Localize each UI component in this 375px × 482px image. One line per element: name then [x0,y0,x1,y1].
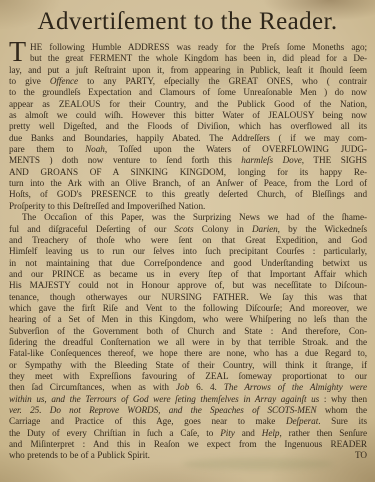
text-line: Hoſts, of GOD's PRESENCE to this greatly… [9,189,367,200]
text-segment: HE following Humble ADDRESS was ready fo… [30,42,367,52]
text-segment: and [235,428,262,438]
text-line: Fatal-like Conſequences thereof, we hope… [9,348,367,359]
text-segment: and our PRINCE as became us in every ſte… [9,269,367,279]
text-segment: due Banks and Boundaries, happily Abated… [9,133,367,143]
italic-text: Pity [220,428,235,438]
text-line: pare them to Noah, Toſſed upon the Water… [9,144,367,155]
text-segment: , THE SIGHS [302,155,367,165]
text-segment: or Sympathy with the Bleeding State of t… [9,360,367,370]
text-segment: Proſperity to this Deſtreſſed and Impove… [9,201,205,211]
italic-text: within us, and the Terrours of God were … [9,394,319,404]
text-segment: appear as ZEALOUS for their Country, and… [9,99,367,109]
text-line: AND GROANS OF A SINKING KINGDOM, longing… [9,167,367,178]
text-segment: , by the Wickedneſs [278,224,367,234]
text-segment: in not maintaining that due Correſponden… [9,258,367,268]
text-line: His MAJESTY could not in Honour approve … [9,280,367,291]
text-segment: The Occaſion of this Paper, was the Surp… [22,212,367,222]
text-line: ver. 25. Do not Reprove WORDS, and the S… [9,405,367,416]
text-segment: to give [9,76,50,86]
text-line: Subverſion of the Government both of Chu… [9,326,367,337]
text-segment: His MAJESTY could not in Honour approve … [9,280,367,290]
text-line: or Sympathy with the Bleeding State of t… [9,360,367,371]
text-segment: hearing of a Set of Men in this Kingdom,… [9,314,367,324]
stain [175,58,265,86]
text-line: which gave the firſt Riſe and Vent to th… [9,303,367,314]
text-line: ſidering the dreadful Conſternation we a… [9,337,367,348]
paragraph: The Occaſion of this Paper, was the Surp… [9,212,367,462]
text-line: hearing of a Set of Men in this Kingdom,… [9,314,367,325]
italic-text: Do not Reprove WORDS, and the Speaches o… [50,405,317,415]
document-body: THE following Humble ADDRESS was ready f… [0,37,375,462]
text-line: to the groundleſs Expectation and Clamou… [9,87,367,98]
text-line: and Miſinterpret : And this in Reaſon we… [9,439,367,450]
text-line: Carriage and Practice of this Age, goes … [9,416,367,427]
text-segment: tenance, though otherwayes our NURSING F… [9,292,367,302]
italic-text: Darien [252,224,278,234]
text-segment: , rather then Senſure [279,428,367,438]
italic-text: Deſperat [286,416,318,426]
text-line: then ſad Circumſtances, when as with Job… [9,382,367,393]
catchword: TO [355,450,367,461]
text-line: the Duty of every Chriſtian in ſuch a Ca… [9,428,367,439]
text-segment: and Treachery of thoſe who were ſent on … [9,235,367,245]
text-line: as almoſt we could wiſh. However this bi… [9,110,367,121]
text-line: they meet with Expreſſions favouring of … [9,371,367,382]
text-segment: AND GROANS OF A SINKING KINGDOM, longing… [9,167,367,177]
text-line: in not maintaining that due Correſponden… [9,258,367,269]
text-segment: Colony in [194,224,252,234]
text-line: ful and diſgraceful Deſerting of our Sco… [9,224,367,235]
italic-text: harmleſs Dove [241,155,302,165]
text-segment: ſidering the dreadful Conſternation we a… [9,337,367,347]
text-segment: pare them to [9,144,85,154]
italic-text: Job [176,382,189,392]
italic-text: ver. 25. [9,405,50,415]
text-segment: Himſelf leaving us to run our ſelves int… [9,246,367,256]
drop-cap: T [9,43,28,64]
text-line: within us, and the Terrours of God were … [9,394,367,405]
text-line: Proſperity to this Deſtreſſed and Impove… [9,201,367,212]
text-segment: MENTS ) doth now venture to ſend forth t… [9,155,241,165]
text-segment: Carriage and Practice of this Age, goes … [9,416,286,426]
text-segment: the Duty of every Chriſtian in ſuch a Ca… [9,428,220,438]
text-segment: . Sure its [318,416,367,426]
text-line: turn into the Ark with an Olive Branch, … [9,178,367,189]
text-line: HE following Humble ADDRESS was ready fo… [9,42,367,53]
text-line: and Treachery of thoſe who were ſent on … [9,235,367,246]
text-segment: Hoſts, of GOD's PRESENCE to this greatly… [9,189,367,199]
text-line: The Occaſion of this Paper, was the Surp… [9,212,367,223]
text-segment: and Miſinterpret : And this in Reaſon we… [9,439,367,449]
text-segment: , Toſſed upon the Waters of OVERFLOWING … [105,144,367,154]
text-segment: they meet with Expreſſions favouring of … [9,371,367,381]
text-segment: to the groundleſs Expectation and Clamou… [9,87,367,97]
italic-text: Noah [85,144,105,154]
text-line: MENTS ) doth now venture to ſend forth t… [9,155,367,166]
page: Advertiſement to the Reader. THE followi… [0,0,375,482]
italic-text: Help [262,428,280,438]
stain [183,458,333,470]
italic-text: Offence [50,76,78,86]
text-line: and our PRINCE as became us in every ſte… [9,269,367,280]
page-title: Advertiſement to the Reader. [0,0,375,37]
text-segment: whom the [317,405,367,415]
text-segment: Fatal-like Conſequences thereof, we hope… [9,348,367,358]
text-segment: then ſad Circumſtances, when as with [9,382,176,392]
text-segment: pretty well Digeſted, and the Floods of … [9,121,367,131]
text-segment: turn into the Ark with an Olive Branch, … [9,178,367,188]
text-line: appear as ZEALOUS for their Country, and… [9,99,367,110]
italic-text: The Arrows of the Almighty were [224,382,367,392]
text-line: pretty well Digeſted, and the Floods of … [9,121,367,132]
text-segment: 6. 4. [189,382,224,392]
text-segment: as almoſt we could wiſh. However this bi… [9,110,367,120]
text-line: due Banks and Boundaries, happily Abated… [9,133,367,144]
text-line: tenance, though otherwayes our NURSING F… [9,292,367,303]
text-segment: Subverſion of the Government both of Chu… [9,326,367,336]
text-segment: ful and diſgraceful Deſerting of our [9,224,174,234]
text-segment: which gave the firſt Riſe and Vent to th… [9,303,367,313]
italic-text: Scots [174,224,193,234]
text-line: Himſelf leaving us to run our ſelves int… [9,246,367,257]
text-segment: who pretends to be of a Publick Spirit. [9,450,150,460]
text-segment: : why then [319,394,367,404]
